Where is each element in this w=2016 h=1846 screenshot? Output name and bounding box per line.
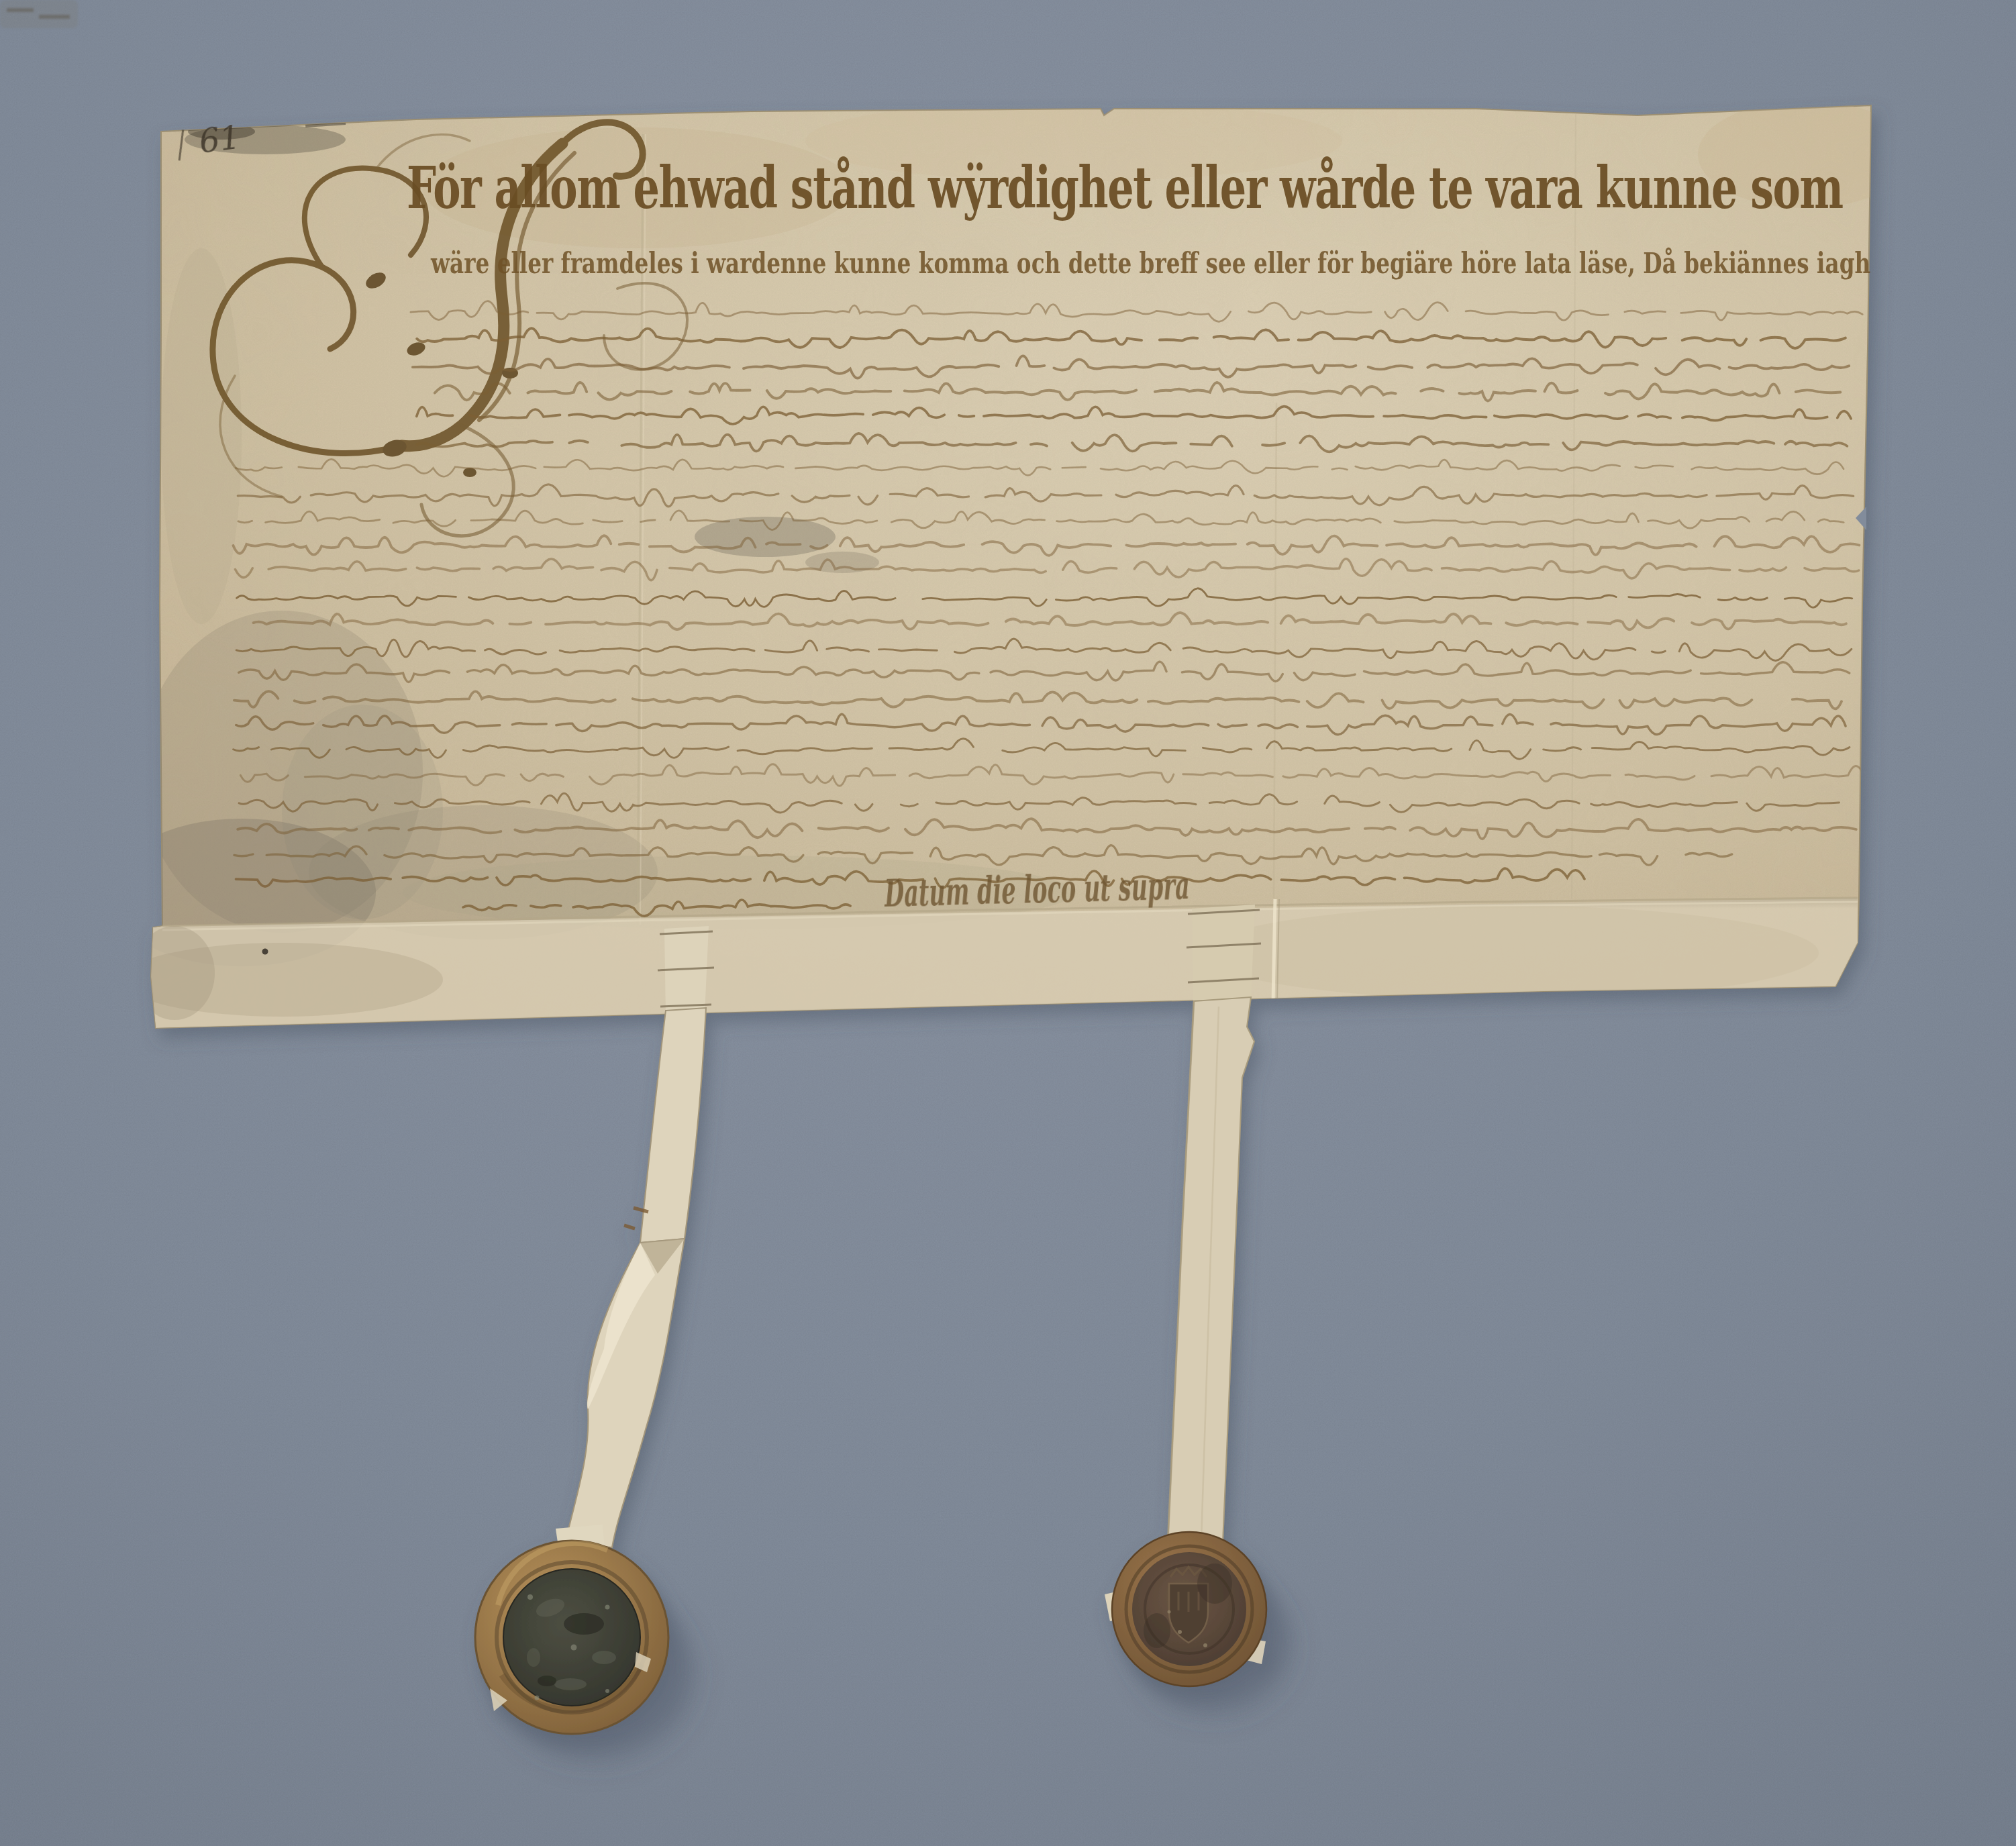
charter-headline-line1: För allom ehwad stånd wÿrdighet eller wå… [407, 160, 2016, 217]
archival-number-value: 61 [197, 119, 242, 161]
headline-line1-text: För allom ehwad stånd wÿrdighet eller wå… [407, 160, 1843, 217]
charter-headline-line2: wäre eller framdeles i wardenne kunne ko… [431, 250, 2016, 278]
archival-number: 61 [178, 121, 242, 161]
dateline-text: Datum die loco ut supra [884, 867, 1190, 913]
photograph-of-charter: 61 För allom ehwad stånd wÿrdighet eller… [0, 0, 2016, 1846]
embossed-stamp [0, 0, 78, 28]
tag-slits-right [1187, 905, 1261, 1003]
headline-line2-text: wäre eller framdeles i wardenne kunne ko… [431, 250, 1870, 278]
